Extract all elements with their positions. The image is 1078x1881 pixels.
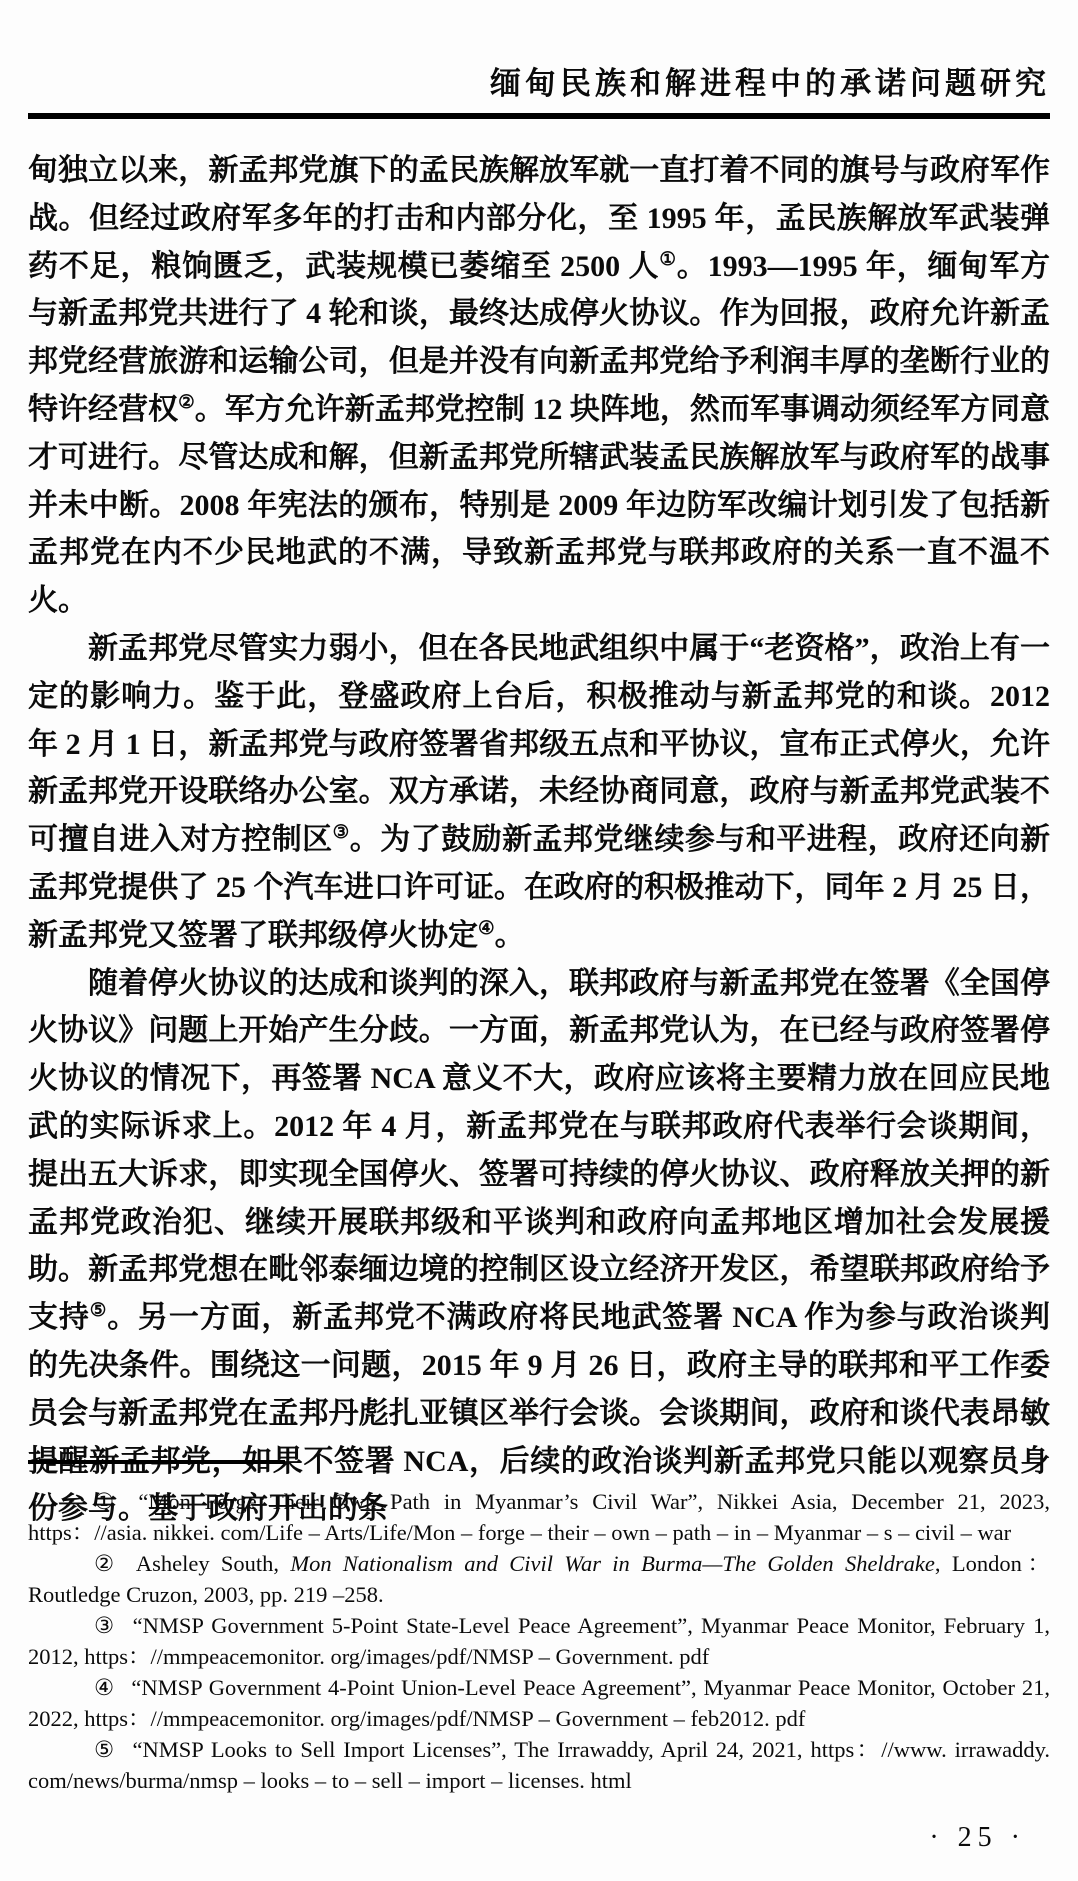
footnote-marker: ② [94, 1551, 120, 1576]
document-page: 缅甸民族和解进程中的承诺问题研究 甸独立以来，新孟邦党旗下的孟民族解放军就一直打… [0, 0, 1078, 1881]
footnote-ref: ④ [478, 918, 495, 939]
footnote-marker: ③ [94, 1613, 117, 1638]
footnote: ⑤“NMSP Looks to Sell Import Licenses”, T… [28, 1734, 1050, 1796]
footnote-text: Asheley South, [136, 1551, 290, 1576]
paragraph: 新孟邦党尽管实力弱小，但在各民地武组织中属于“老资格”，政治上有一定的影响力。鉴… [28, 625, 1050, 960]
footnote-ref: ① [659, 249, 676, 270]
footnote-text: “NMSP Government 5-Point State-Level Pea… [28, 1613, 1050, 1669]
footnote-marker: ⑤ [94, 1737, 116, 1762]
footnote-ref: ② [178, 392, 195, 413]
header-rule [28, 113, 1050, 119]
footnote-text: “NMSP Government 4-Point Union-Level Pea… [28, 1675, 1050, 1731]
footnote-text: “Mon Forge Their Own Path in Myanmar’s C… [28, 1489, 1050, 1545]
footnote: ④“NMSP Government 4-Point Union-Level Pe… [28, 1672, 1050, 1734]
footnote-ref: ③ [333, 822, 350, 843]
footnote: ②Asheley South, Mon Nationalism and Civi… [28, 1548, 1050, 1610]
footnotes-section: ①“Mon Forge Their Own Path in Myanmar’s … [28, 1460, 1050, 1796]
paragraph: 甸独立以来，新孟邦党旗下的孟民族解放军就一直打着不同的旗号与政府军作战。但经过政… [28, 147, 1050, 625]
page-content: 缅甸民族和解进程中的承诺问题研究 甸独立以来，新孟邦党旗下的孟民族解放军就一直打… [28, 0, 1050, 1533]
footnote-separator [28, 1460, 285, 1464]
footnote: ③“NMSP Government 5-Point State-Level Pe… [28, 1610, 1050, 1672]
footnote-marker: ① [94, 1489, 122, 1514]
footnote-list: ①“Mon Forge Their Own Path in Myanmar’s … [28, 1486, 1050, 1796]
footnote-marker: ④ [94, 1675, 115, 1700]
body-text: 甸独立以来，新孟邦党旗下的孟民族解放军就一直打着不同的旗号与政府军作战。但经过政… [28, 147, 1050, 1533]
running-head-title: 缅甸民族和解进程中的承诺问题研究 [28, 0, 1050, 104]
footnote: ①“Mon Forge Their Own Path in Myanmar’s … [28, 1486, 1050, 1548]
footnote-ref: ⑤ [90, 1300, 108, 1321]
paragraph: 随着停火协议的达成和谈判的深入，联邦政府与新孟邦党在签署《全国停火协议》问题上开… [28, 960, 1050, 1534]
page-number: · 25 · [929, 1822, 1026, 1854]
footnote-book-title: Mon Nationalism and Civil War in Burma—T… [290, 1551, 935, 1576]
footnote-text: “NMSP Looks to Sell Import Licenses”, Th… [28, 1737, 1050, 1793]
